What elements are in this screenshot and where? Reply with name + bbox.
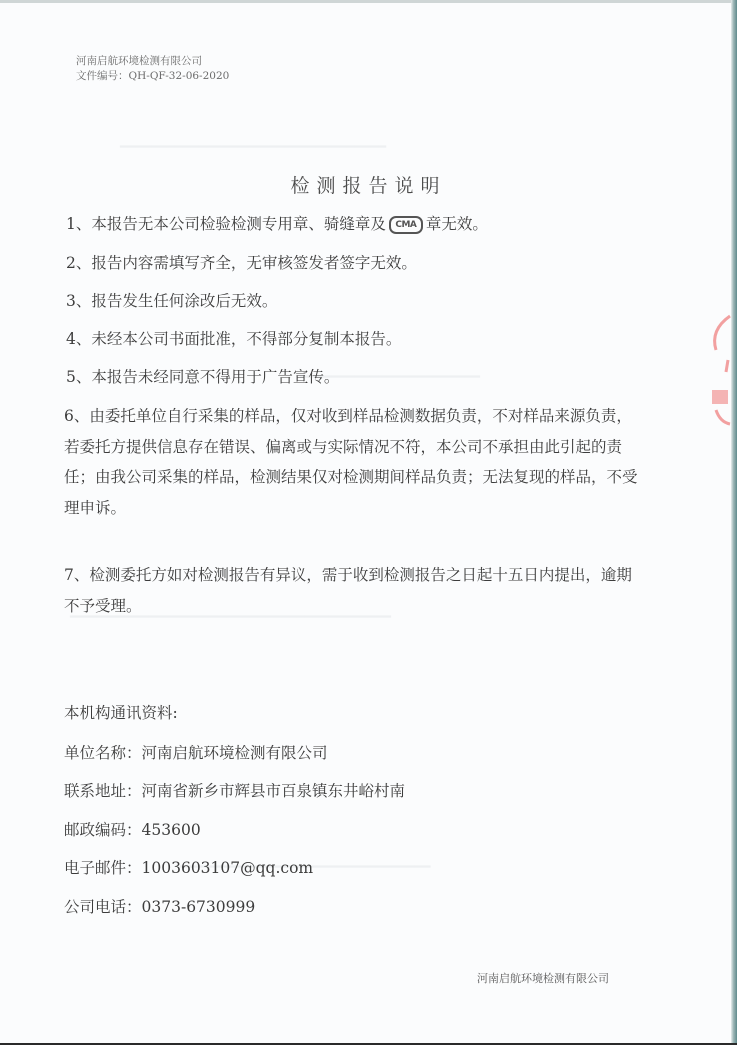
contact-label: 公司电话： (64, 898, 142, 916)
page-title: 检测报告说明 (0, 171, 737, 198)
header-file-number: 文件编号：QH-QF-32-06-2020 (76, 69, 229, 84)
bleed-through-text: ━━━━━━━━━━━━━━━━━━━━━━━━━━━━━━━━━━ (120, 140, 386, 155)
item-text: 未经本公司书面批准，不得部分复制本报告。 (91, 330, 401, 348)
contact-label: 邮政编码： (64, 821, 142, 839)
item-text: 章无效。 (426, 215, 488, 233)
notice-item-5: 5、本报告未经同意不得用于广告宣传。 (66, 365, 339, 387)
footer-company: 河南启航环境检测有限公司 (477, 970, 609, 986)
notice-item-7: 7、检测委托方如对检测报告有异议，需于收到检测报告之日起十五日内提出，逾期不予受… (64, 560, 644, 621)
item-text: 报告发生任何涂改后无效。 (91, 292, 277, 310)
contact-label: 电子邮件： (64, 859, 142, 877)
contact-row-name: 单位名称：河南启航环境检测有限公司 (64, 741, 328, 763)
notice-item-2: 2、报告内容需填写齐全，无审核签发者签字无效。 (66, 251, 417, 273)
contact-row-postcode: 邮政编码：453600 (64, 818, 201, 840)
contact-value: 河南省新乡市辉县市百泉镇东井峪村南 (142, 782, 406, 800)
contact-value: 1003603107@qq.com (142, 859, 314, 877)
seam-stamp-icon (706, 310, 734, 430)
page-right-edge (731, 0, 737, 1045)
item-number: 7、 (64, 566, 89, 584)
contact-row-email: 电子邮件：1003603107@qq.com (64, 856, 313, 878)
contact-row-address: 联系地址：河南省新乡市辉县市百泉镇东井峪村南 (64, 779, 405, 801)
item-text: 由委托单位自行采集的样品，仅对收到样品检测数据负责，不对样品来源负责，若委托方提… (64, 407, 638, 517)
notice-item-3: 3、报告发生任何涂改后无效。 (66, 289, 277, 311)
contact-label: 单位名称： (64, 744, 142, 762)
item-number: 1、 (66, 215, 91, 233)
contact-value: 河南启航环境检测有限公司 (142, 744, 328, 762)
contact-value: 453600 (142, 821, 201, 839)
item-text: 报告内容需填写齐全，无审核签发者签字无效。 (91, 254, 417, 272)
item-number: 4、 (66, 330, 91, 348)
contact-label: 联系地址： (64, 782, 142, 800)
item-text: 检测委托方如对检测报告有异议，需于收到检测报告之日起十五日内提出，逾期不予受理。 (64, 566, 632, 615)
item-number: 2、 (66, 254, 91, 272)
item-text: 本报告未经同意不得用于广告宣传。 (91, 368, 339, 386)
notice-item-6: 6、由委托单位自行采集的样品，仅对收到样品检测数据负责，不对样品来源负责，若委托… (64, 401, 644, 523)
notice-item-1: 1、本报告无本公司检验检测专用章、骑缝章及CMA章无效。 (66, 212, 488, 234)
item-number: 6、 (64, 407, 89, 425)
document-header: 河南启航环境检测有限公司 文件编号：QH-QF-32-06-2020 (76, 54, 229, 84)
cma-stamp-icon: CMA (389, 216, 423, 234)
item-number: 5、 (66, 368, 91, 386)
page-top-edge (0, 0, 737, 3)
notice-item-4: 4、未经本公司书面批准，不得部分复制本报告。 (66, 327, 401, 349)
contact-value: 0373-6730999 (142, 898, 256, 916)
contact-heading: 本机构通讯资料: (64, 701, 178, 723)
header-company: 河南启航环境检测有限公司 (76, 54, 229, 69)
item-number: 3、 (66, 292, 91, 310)
item-text: 本报告无本公司检验检测专用章、骑缝章及 (91, 215, 386, 233)
contact-row-phone: 公司电话：0373-6730999 (64, 895, 255, 917)
